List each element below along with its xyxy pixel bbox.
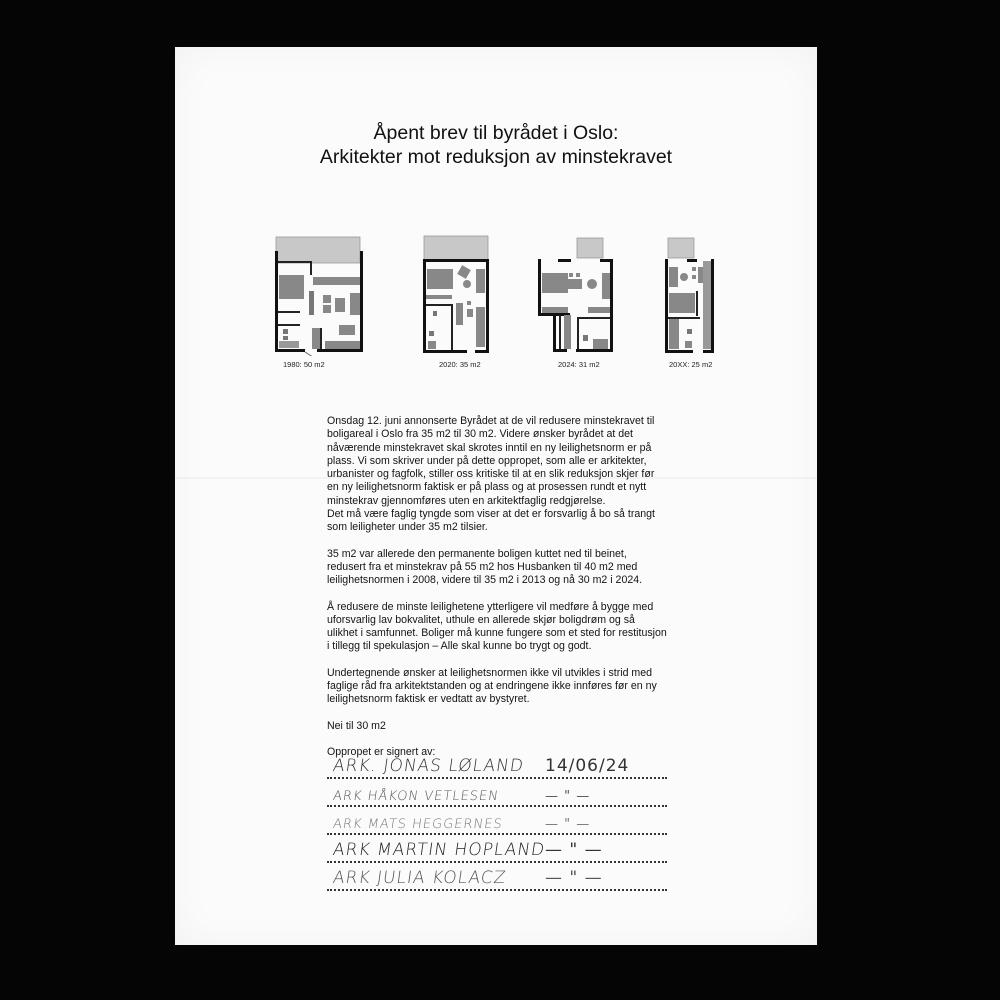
signature-name: ARK JULIA KOLACZ: [332, 868, 508, 888]
signature-date: 14/06/24: [545, 756, 629, 776]
signature-row: ARK MARTIN HOPLAND — " —: [327, 835, 667, 863]
letter-body: Onsdag 12. juni annonserte Byrådet at de…: [327, 415, 667, 772]
floor-plan-20xx: 20XX: 25 m2: [665, 231, 725, 371]
slogan: Nei til 30 m2: [327, 720, 667, 733]
floor-plan-2020: 2020: 35 m2: [423, 231, 493, 371]
signature-row: ARK HÅKON VETLESEN — " —: [327, 779, 667, 807]
signature-date: — " —: [545, 868, 603, 888]
signature-date: — " —: [545, 789, 590, 804]
plan-label-2020: 2020: 35 m2: [439, 360, 481, 369]
plan-label-1980: 1980: 50 m2: [283, 360, 325, 369]
floor-plan-2024: 2024: 31 m2: [538, 231, 618, 371]
title-line-1: Åpent brev til byrådet i Oslo:: [175, 121, 817, 145]
floor-plan-1980: 1980: 50 m2: [275, 231, 365, 371]
paragraph-history: 35 m2 var allerede den permanente bolige…: [327, 548, 667, 588]
signature-list: ARK. JONAS LØLAND 14/06/24 ARK HÅKON VET…: [327, 751, 667, 891]
paragraph-request: Undertegnende ønsker at leilighetsnormen…: [327, 667, 667, 707]
plan-label-20xx: 20XX: 25 m2: [669, 360, 712, 369]
signature-row: ARK MATS HEGGERNES — " —: [327, 807, 667, 835]
letter-page: Åpent brev til byrådet i Oslo: Arkitekte…: [175, 47, 817, 945]
signature-name: ARK MARTIN HOPLAND: [332, 840, 547, 860]
document-title: Åpent brev til byrådet i Oslo: Arkitekte…: [175, 121, 817, 169]
paragraph-intro: Onsdag 12. juni annonserte Byrådet at de…: [327, 415, 667, 508]
floor-plans: 1980: 50 m2: [175, 231, 817, 371]
paragraph-consequences: Å redusere de minste leilighetene ytterl…: [327, 601, 667, 654]
paragraph-intro-continued: Det må være faglig tyngde som viser at d…: [327, 508, 667, 535]
signature-date: — " —: [545, 840, 603, 860]
signature-name: ARK. JONAS LØLAND: [332, 756, 526, 776]
plan-label-2024: 2024: 31 m2: [558, 360, 600, 369]
signature-date: — " —: [545, 817, 590, 832]
signature-row: ARK JULIA KOLACZ — " —: [327, 863, 667, 891]
title-line-2: Arkitekter mot reduksjon av minstekravet: [175, 145, 817, 169]
signature-name: ARK HÅKON VETLESEN: [332, 789, 500, 804]
signature-row: ARK. JONAS LØLAND 14/06/24: [327, 751, 667, 779]
signature-name: ARK MATS HEGGERNES: [332, 817, 504, 832]
